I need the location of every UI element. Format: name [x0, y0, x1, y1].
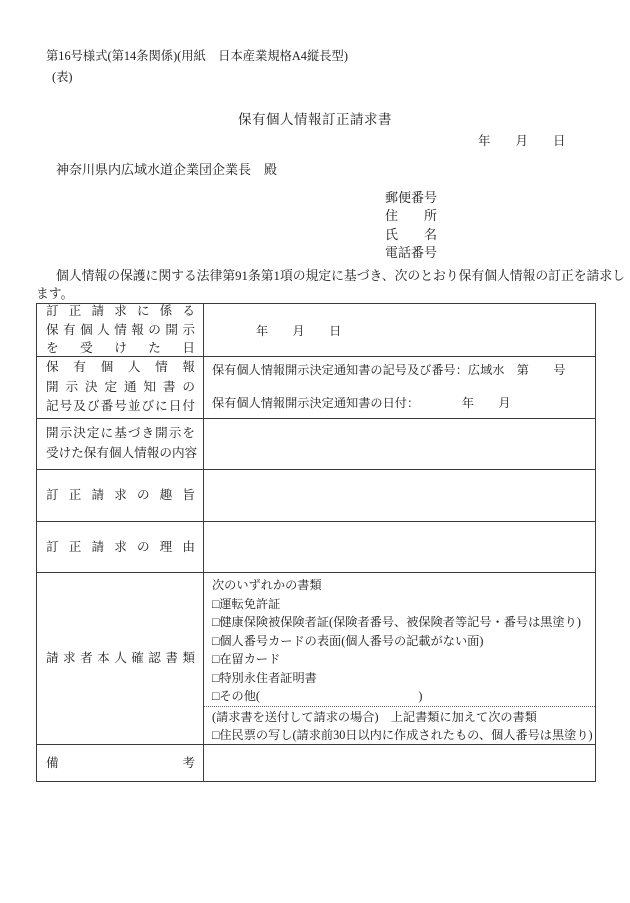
identity-documents-label-cell: 請求者本人確認書類: [37, 573, 204, 745]
checkbox-option-residence-card: □在留カード: [212, 650, 595, 669]
addressee-line: 神奈川県内広域水道企業団企業長 殿: [56, 159, 277, 178]
disclosure-date-value-cell: 年 月 日: [204, 304, 595, 357]
notice-number-line: 保有個人情報開示決定通知書の記号及び番号：広域水 第 号: [212, 363, 595, 377]
label-line: 請求者本人確認書類: [46, 649, 195, 668]
applicant-info-block: 郵便番号 住 所 氏 名 電話番号: [385, 189, 437, 263]
disclosure-date-placeholder: 年 月 日: [256, 322, 341, 339]
identity-documents-value-cell: 次のいずれかの書類 □運転免許証 □健康保険被保険者証(保険者番号、被保険者等記…: [204, 573, 595, 745]
header-date-line: 年 月 日: [478, 131, 566, 149]
checkbox-option-other: □その他( ): [212, 687, 595, 706]
label-line: 訂正請求に係る: [46, 304, 195, 321]
name-label: 氏 名: [385, 226, 437, 244]
intro-line-1: 個人情報の保護に関する法律第91条第1項の規定に基づき、次のとおり保有個人情報の…: [36, 267, 596, 285]
checkbox-option-health-insurance: □健康保険被保険者証(保険者番号、被保険者等記号・番号は黒塗り): [212, 613, 595, 632]
side-indicator: (表): [52, 67, 73, 85]
checkbox-option-special-resident: □特別永住者証明書: [212, 669, 595, 688]
disclosed-content-value-cell: [204, 419, 595, 470]
identity-doc-header: 次のいずれかの書類: [212, 576, 595, 595]
intro-line-2: ます。: [36, 285, 596, 303]
label-line: 訂正請求の趣旨: [46, 486, 195, 505]
notice-info-value-cell: 保有個人情報開示決定通知書の記号及び番号：広域水 第 号 保有個人情報開示決定通…: [204, 357, 595, 419]
label-line: 受けた保有個人情報の内容: [46, 444, 195, 464]
disclosure-date-label-cell: 訂正請求に係る 保有個人情報の開示 を受けた日: [37, 304, 204, 357]
label-line: を受けた日: [46, 339, 195, 357]
phone-label: 電話番号: [385, 244, 437, 262]
form-number-line: 第16号様式(第14条関係)(用紙 日本産業規格A4縦長型): [46, 46, 348, 64]
identity-doc-options: 次のいずれかの書類 □運転免許証 □健康保険被保険者証(保険者番号、被保険者等記…: [204, 573, 595, 706]
checkbox-option-mynumber-card: □個人番号カードの表面(個人番号の記載がない面): [212, 632, 595, 651]
remarks-value-cell: [204, 745, 595, 781]
mail-request-header: (請求書を送付して請求の場合) 上記書類に加えて次の書類: [212, 708, 595, 727]
label-line: 備考: [46, 754, 195, 773]
mail-request-section: (請求書を送付して請求の場合) 上記書類に加えて次の書類 □住民票の写し(請求前…: [204, 706, 595, 746]
label-line: 訂正請求の理由: [46, 538, 195, 557]
remarks-label-cell: 備考: [37, 745, 204, 781]
request-form-table: 訂正請求に係る 保有個人情報の開示 を受けた日 年 月 日 保有個人情報 開示決…: [36, 303, 596, 782]
label-line: 保有個人情報: [46, 358, 195, 378]
correction-reason-label-cell: 訂正請求の理由: [37, 522, 204, 573]
correction-purpose-value-cell: [204, 470, 595, 522]
label-line: 開示決定に基づき開示を: [46, 424, 195, 444]
label-line: 開示決定通知書の: [46, 378, 195, 398]
checkbox-option-drivers-license: □運転免許証: [212, 595, 595, 614]
label-line: 記号及び番号並びに日付: [46, 397, 195, 417]
disclosed-content-label-cell: 開示決定に基づき開示を 受けた保有個人情報の内容: [37, 419, 204, 470]
correction-purpose-label-cell: 訂正請求の趣旨: [37, 470, 204, 522]
correction-reason-value-cell: [204, 522, 595, 573]
intro-paragraph: 個人情報の保護に関する法律第91条第1項の規定に基づき、次のとおり保有個人情報の…: [36, 267, 596, 304]
document-title: 保有個人情報訂正請求書: [0, 108, 630, 128]
checkbox-option-resident-record: □住民票の写し(請求前30日以内に作成されたもの、個人番号は黒塗り): [212, 726, 595, 745]
notice-info-label-cell: 保有個人情報 開示決定通知書の 記号及び番号並びに日付: [37, 357, 204, 419]
label-line: 保有個人情報の開示: [46, 321, 195, 340]
document-page: 第16号様式(第14条関係)(用紙 日本産業規格A4縦長型) (表) 保有個人情…: [0, 0, 630, 903]
postal-code-label: 郵便番号: [385, 189, 437, 207]
address-label: 住 所: [385, 207, 437, 225]
notice-date-line: 保有個人情報開示決定通知書の日付： 年 月: [212, 396, 595, 410]
